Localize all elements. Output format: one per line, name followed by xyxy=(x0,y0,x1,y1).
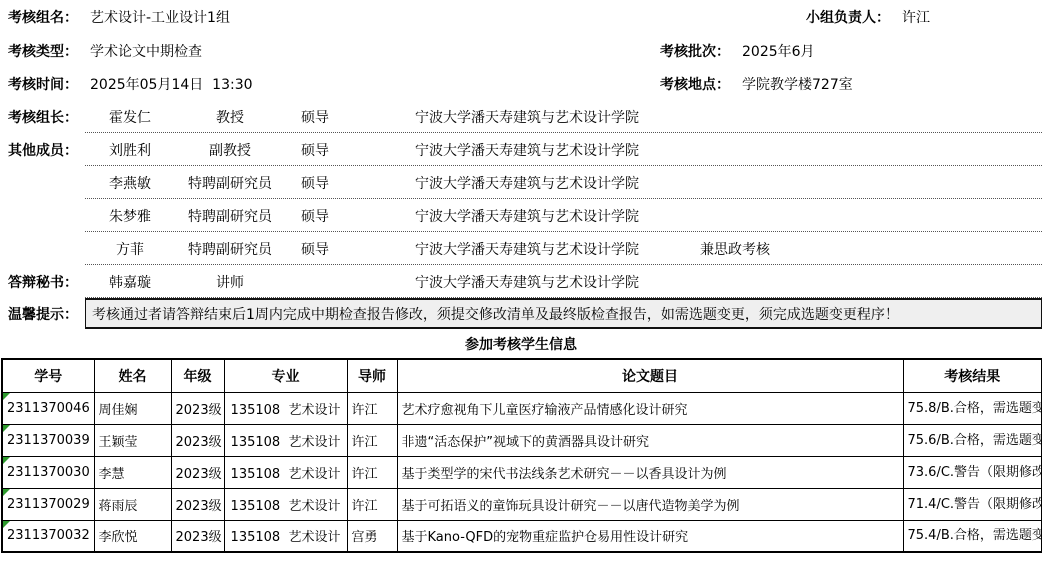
student-name-cell: 周佳娴 xyxy=(94,392,171,424)
major-cell: 135108 艺术设计 xyxy=(224,392,347,424)
committee-member-title: 特聘副研究员 xyxy=(175,206,285,226)
student-name-cell: 李慧 xyxy=(94,456,171,488)
committee-member-org: 宁波大学潘天寿建筑与艺术设计学院 xyxy=(415,173,700,193)
major-cell: 135108 艺术设计 xyxy=(224,520,347,552)
student-row: 2311370046 周佳娴 2023级 135108 艺术设计 许江 艺术疗愈… xyxy=(2,392,1042,424)
batch-value: 2025年6月 xyxy=(742,41,815,61)
student-name-cell: 李欣悦 xyxy=(94,520,171,552)
student-row: 2311370032 李欣悦 2023级 135108 艺术设计 宫勇 基于Ka… xyxy=(2,520,1042,552)
major-cell: 135108 艺术设计 xyxy=(224,424,347,456)
committee-member-title: 教授 xyxy=(175,107,285,127)
thesis-title-cell: 基于Kano-QFD的宠物重症监护仓易用性设计研究 xyxy=(397,520,903,552)
committee-row: 李燕敏 特聘副研究员 硕导 宁波大学潘天寿建筑与艺术设计学院 xyxy=(0,166,1042,199)
header-name: 姓名 xyxy=(94,359,171,392)
student-name-cell: 王颖莹 xyxy=(94,424,171,456)
result-cell: 75.8/B.合格，需选题变更 xyxy=(903,392,1042,424)
header-student-id: 学号 xyxy=(2,359,94,392)
group-name-field: 考核组名： 艺术设计-工业设计1组 xyxy=(0,7,521,27)
committee-member-title: 特聘副研究员 xyxy=(175,173,285,193)
leader-label: 小组负责人： xyxy=(806,7,890,27)
result-cell: 75.6/B.合格，需选题变更 xyxy=(903,424,1042,456)
assessment-type-label: 考核类型： xyxy=(8,41,78,61)
tip-row: 温馨提示： 考核通过者请答辩结束后1周内完成中期检查报告修改，须提交修改清单及最… xyxy=(0,298,1042,329)
committee-member-org: 宁波大学潘天寿建筑与艺术设计学院 xyxy=(415,239,700,259)
students-table: 学号 姓名 年级 专业 导师 论文题目 考核结果 2311370046 周佳娴 … xyxy=(1,358,1042,553)
committee-mentor-type: 硕导 xyxy=(285,140,415,160)
advisor-cell: 许江 xyxy=(347,488,397,520)
number-as-text-marker-icon xyxy=(3,521,10,528)
committee-row: 考核组长： 霍发仁 教授 硕导 宁波大学潘天寿建筑与艺术设计学院 xyxy=(0,100,1042,133)
committee-row: 其他成员： 刘胜利 副教授 硕导 宁波大学潘天寿建筑与艺术设计学院 xyxy=(0,133,1042,166)
committee-role-label: 其他成员： xyxy=(0,140,85,160)
header-major: 专业 xyxy=(224,359,347,392)
time-field: 考核时间： 2025年05月14日 13:30 xyxy=(0,74,521,94)
grade-cell: 2023级 xyxy=(171,488,224,520)
student-row: 2311370030 李慧 2023级 135108 艺术设计 许江 基于类型学… xyxy=(2,456,1042,488)
students-header-row: 学号 姓名 年级 专业 导师 论文题目 考核结果 xyxy=(2,359,1042,392)
header-grade: 年级 xyxy=(171,359,224,392)
place-value: 学院教学楼727室 xyxy=(742,74,853,94)
advisor-cell: 许江 xyxy=(347,456,397,488)
assessment-type-field: 考核类型： 学术论文中期检查 xyxy=(0,41,521,61)
tip-label: 温馨提示： xyxy=(0,298,85,329)
thesis-title-cell: 基于类型学的宋代书法线条艺术研究－－以香具设计为例 xyxy=(397,456,903,488)
thesis-title-cell: 艺术疗愈视角下儿童医疗输液产品情感化设计研究 xyxy=(397,392,903,424)
thesis-title-cell: 基于可拓语义的童饰玩具设计研究－－以唐代造物美学为例 xyxy=(397,488,903,520)
grade-cell: 2023级 xyxy=(171,456,224,488)
header-thesis-title: 论文题目 xyxy=(397,359,903,392)
student-name-cell: 蒋雨辰 xyxy=(94,488,171,520)
advisor-cell: 许江 xyxy=(347,392,397,424)
committee-mentor-type: 硕导 xyxy=(285,206,415,226)
student-id-cell: 2311370032 xyxy=(2,520,94,552)
committee-row: 朱梦雅 特聘副研究员 硕导 宁波大学潘天寿建筑与艺术设计学院 xyxy=(0,199,1042,232)
advisor-cell: 宫勇 xyxy=(347,520,397,552)
header-advisor: 导师 xyxy=(347,359,397,392)
header-result: 考核结果 xyxy=(903,359,1042,392)
student-id-cell: 2311370046 xyxy=(2,392,94,424)
number-as-text-marker-icon xyxy=(3,425,10,432)
leader-field: 小组负责人： 许江 xyxy=(521,7,1042,27)
committee-mentor-type: 硕导 xyxy=(285,107,415,127)
committee-member-name: 方菲 xyxy=(85,239,175,259)
group-name-value: 艺术设计-工业设计1组 xyxy=(90,7,230,27)
committee-member-org: 宁波大学潘天寿建筑与艺术设计学院 xyxy=(415,140,700,160)
result-cell: 75.4/B.合格，需选题变更 xyxy=(903,520,1042,552)
committee-member-org: 宁波大学潘天寿建筑与艺术设计学院 xyxy=(415,272,700,292)
student-row: 2311370029 蒋雨辰 2023级 135108 艺术设计 许江 基于可拓… xyxy=(2,488,1042,520)
grade-cell: 2023级 xyxy=(171,392,224,424)
committee-member-org: 宁波大学潘天寿建筑与艺术设计学院 xyxy=(415,107,700,127)
committee-member-extra: 兼思政考核 xyxy=(700,239,1042,259)
place-field: 考核地点： 学院教学楼727室 xyxy=(521,74,1042,94)
committee-member-name: 李燕敏 xyxy=(85,173,175,193)
students-section-title: 参加考核学生信息 xyxy=(0,329,1042,358)
committee-member-name: 霍发仁 xyxy=(85,107,175,127)
leader-value: 许江 xyxy=(902,7,930,27)
committee-member-org: 宁波大学潘天寿建筑与艺术设计学院 xyxy=(415,206,700,226)
committee-row: 方菲 特聘副研究员 硕导 宁波大学潘天寿建筑与艺术设计学院 兼思政考核 xyxy=(0,232,1042,265)
assessment-sheet: 考核组名： 艺术设计-工业设计1组 小组负责人： 许江 考核类型： 学术论文中期… xyxy=(0,0,1042,562)
tip-text: 考核通过者请答辩结束后1周内完成中期检查报告修改，须提交修改清单及最终版检查报告… xyxy=(92,304,899,324)
committee-member-name: 朱梦雅 xyxy=(85,206,175,226)
grade-cell: 2023级 xyxy=(171,424,224,456)
advisor-cell: 许江 xyxy=(347,424,397,456)
student-id-cell: 2311370030 xyxy=(2,456,94,488)
assessment-type-value: 学术论文中期检查 xyxy=(90,41,202,61)
info-row-3: 考核时间： 2025年05月14日 13:30 考核地点： 学院教学楼727室 xyxy=(0,67,1042,100)
batch-field: 考核批次： 2025年6月 xyxy=(521,41,1042,61)
committee-mentor-type: 硕导 xyxy=(285,239,415,259)
tip-box: 考核通过者请答辩结束后1周内完成中期检查报告修改，须提交修改清单及最终版检查报告… xyxy=(85,298,1042,329)
committee-mentor-type: 硕导 xyxy=(285,173,415,193)
committee-role-label: 考核组长： xyxy=(0,107,85,127)
student-id-cell: 2311370039 xyxy=(2,424,94,456)
student-id-cell: 2311370029 xyxy=(2,488,94,520)
info-row-2: 考核类型： 学术论文中期检查 考核批次： 2025年6月 xyxy=(0,34,1042,67)
place-label: 考核地点： xyxy=(660,74,730,94)
info-row-1: 考核组名： 艺术设计-工业设计1组 小组负责人： 许江 xyxy=(0,0,1042,34)
student-row: 2311370039 王颖莹 2023级 135108 艺术设计 许江 非遗“活… xyxy=(2,424,1042,456)
result-cell: 71.4/C.警告（限期修改） xyxy=(903,488,1042,520)
grade-cell: 2023级 xyxy=(171,520,224,552)
group-name-label: 考核组名： xyxy=(8,7,78,27)
committee-member-title: 讲师 xyxy=(175,272,285,292)
thesis-title-cell: 非遗“活态保护”视域下的黄酒器具设计研究 xyxy=(397,424,903,456)
committee-row: 答辩秘书： 韩嘉璇 讲师 宁波大学潘天寿建筑与艺术设计学院 xyxy=(0,265,1042,298)
time-label: 考核时间： xyxy=(8,74,78,94)
number-as-text-marker-icon xyxy=(3,489,10,496)
major-cell: 135108 艺术设计 xyxy=(224,456,347,488)
committee-role-label: 答辩秘书： xyxy=(0,272,85,292)
number-as-text-marker-icon xyxy=(3,393,10,400)
batch-label: 考核批次： xyxy=(660,41,730,61)
committee-member-name: 刘胜利 xyxy=(85,140,175,160)
committee-member-title: 副教授 xyxy=(175,140,285,160)
time-value: 2025年05月14日 13:30 xyxy=(90,74,253,94)
committee-member-name: 韩嘉璇 xyxy=(85,272,175,292)
number-as-text-marker-icon xyxy=(3,457,10,464)
result-cell: 73.6/C.警告（限期修改），需选题变更 xyxy=(903,456,1042,488)
major-cell: 135108 艺术设计 xyxy=(224,488,347,520)
committee-member-title: 特聘副研究员 xyxy=(175,239,285,259)
